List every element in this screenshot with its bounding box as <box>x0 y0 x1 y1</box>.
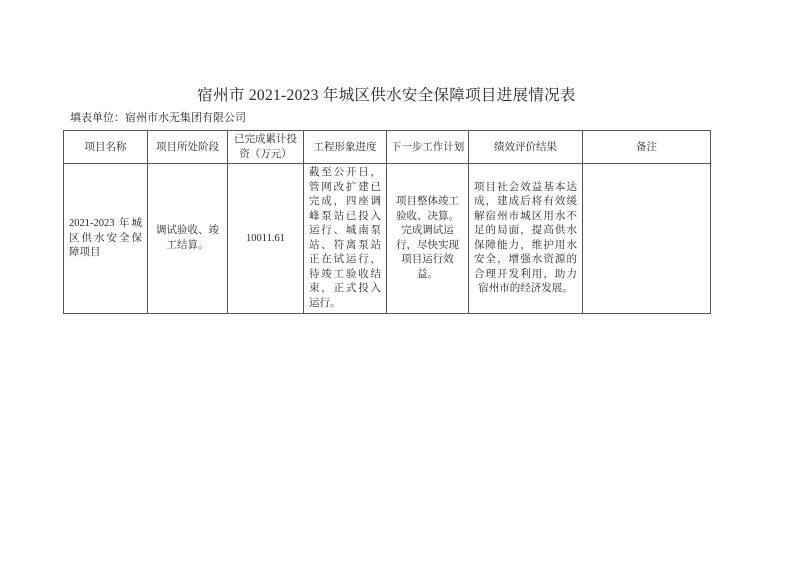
cell-engineering-progress: 截至公开日，管网改扩建已完成，四座调峰泵站已投入运行、城南泵站、符离泵站正在试运… <box>304 164 387 314</box>
table-row: 2021-2023 年城区供水安全保障项目 调试验收、竣工结算。 10011.6… <box>64 164 711 314</box>
col-header-project-stage: 项目所处阶段 <box>148 131 228 164</box>
cell-next-step-plan: 项目整体竣工验收、决算。完成调试运行，尽快实现项目运行效益。 <box>387 164 469 314</box>
cell-project-stage: 调试验收、竣工结算。 <box>148 164 228 314</box>
document-title: 宿州市 2021-2023 年城区供水安全保障项目进展情况表 <box>63 87 710 105</box>
col-header-next-step-plan: 下一步工作计划 <box>387 131 469 164</box>
cell-performance-evaluation: 项目社会效益基本达成，建成后将有效缓解宿州市城区用水不足的局面，提高供水保障能力… <box>469 164 583 314</box>
col-header-engineering-progress: 工程形象进度 <box>304 131 387 164</box>
cell-completed-investment: 10011.61 <box>228 164 304 314</box>
cell-remarks <box>583 164 711 314</box>
col-header-completed-investment: 已完成累计投资（万元） <box>228 131 304 164</box>
cell-project-name: 2021-2023 年城区供水安全保障项目 <box>64 164 148 314</box>
project-progress-table: 项目名称 项目所处阶段 已完成累计投资（万元） 工程形象进度 下一步工作计划 绩… <box>63 130 711 314</box>
table-header-row: 项目名称 项目所处阶段 已完成累计投资（万元） 工程形象进度 下一步工作计划 绩… <box>64 131 711 164</box>
col-header-project-name: 项目名称 <box>64 131 148 164</box>
col-header-performance-evaluation: 绩效评价结果 <box>469 131 583 164</box>
form-unit-line: 填表单位：宿州市水无集团有限公司 <box>70 111 246 125</box>
col-header-remarks: 备注 <box>583 131 711 164</box>
document-page: 宿州市 2021-2023 年城区供水安全保障项目进展情况表 填表单位：宿州市水… <box>0 0 800 565</box>
